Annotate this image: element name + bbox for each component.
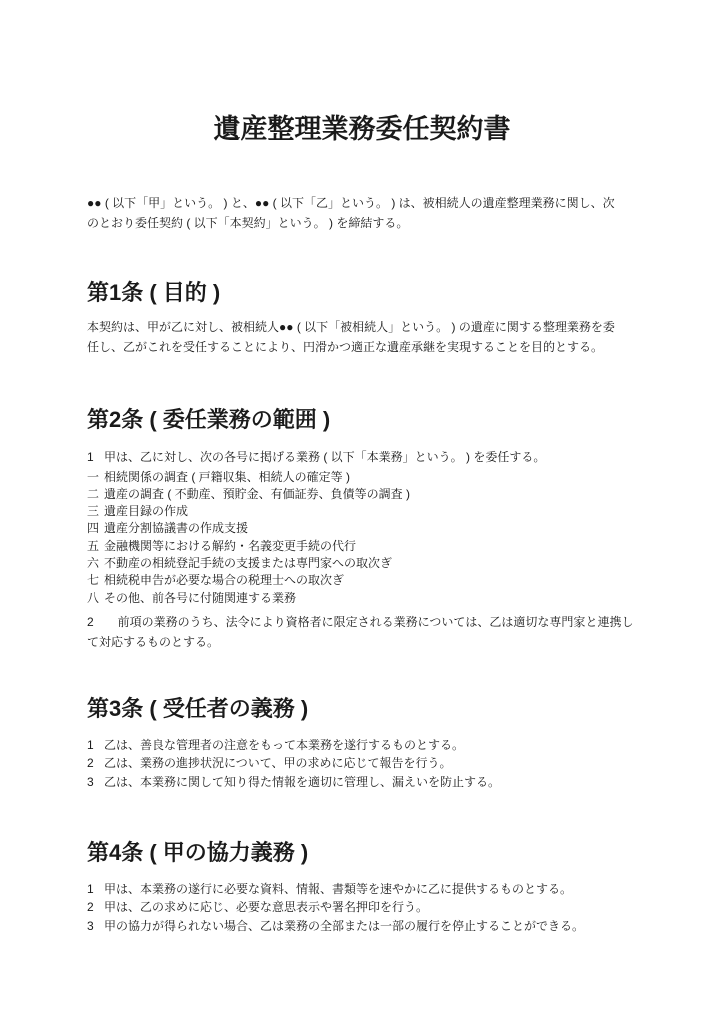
list-item-text: 乙は、本業務に関して知り得た情報を適切に管理し、漏えいを防止する。 — [104, 773, 500, 792]
list-item-text: 金融機関等における解約・名義変更手続の代行 — [104, 538, 356, 555]
list-item-text: 遺産の調査 ( 不動産、預貯金、有価証券、負債等の調査 ) — [104, 486, 410, 503]
list-item-marker: 七 — [87, 572, 104, 589]
list-item-marker: 六 — [87, 555, 104, 572]
list-item: 四 遺産分割協議書の作成支援 — [87, 520, 637, 537]
list-item-marker: 2 — [87, 898, 104, 917]
list-item-text: 甲は、本業務の遂行に必要な資料、情報、書類等を速やかに乙に提供するものとする。 — [104, 880, 572, 899]
list-item-text: 遺産目録の作成 — [104, 503, 188, 520]
contract-document-page: 遺産整理業務委任契約書 ●● ( 以下「甲」という。 ) と、●● ( 以下「乙… — [0, 0, 724, 1024]
list-item: 二 遺産の調査 ( 不動産、預貯金、有価証券、負債等の調査 ) — [87, 486, 637, 503]
list-item-text: 甲は、乙の求めに応じ、必要な意思表示や署名押印を行う。 — [104, 898, 428, 917]
article-3-heading: 第3条 ( 受任者の義務 ) — [87, 696, 637, 722]
list-item: 1 甲は、乙に対し、次の各号に掲げる業務 ( 以下「本業務」という。 ) を委任… — [87, 448, 637, 467]
document-title: 遺産整理業務委任契約書 — [87, 113, 637, 146]
list-item-marker: 1 — [87, 880, 104, 899]
article-2-heading: 第2条 ( 委任業務の範囲 ) — [87, 407, 637, 433]
list-item-marker: 四 — [87, 520, 104, 537]
list-item: 3 乙は、本業務に関して知り得た情報を適切に管理し、漏えいを防止する。 — [87, 773, 637, 792]
list-item-marker: 二 — [87, 486, 104, 503]
list-item: 1 乙は、善良な管理者の注意をもって本業務を遂行するものとする。 — [87, 736, 637, 755]
list-item: 八 その他、前各号に付随関連する業務 — [87, 590, 637, 607]
article-4-heading: 第4条 ( 甲の協力義務 ) — [87, 840, 637, 866]
article-3-trustee-obligations: 第3条 ( 受任者の義務 ) 1 乙は、善良な管理者の注意をもって本業務を遂行す… — [87, 696, 637, 792]
article-3-clauses-list: 1 乙は、善良な管理者の注意をもって本業務を遂行するものとする。 2 乙は、業務… — [87, 736, 637, 792]
article-2-clause-2: 2 前項の業務のうち、法令により資格者に限定される業務については、乙は適切な専門… — [87, 612, 637, 652]
list-item-text: 甲の協力が得られない場合、乙は業務の全部または一部の履行を停止することができる。 — [104, 917, 584, 936]
list-item: 五 金融機関等における解約・名義変更手続の代行 — [87, 538, 637, 555]
list-item-text: 相続関係の調査 ( 戸籍収集、相続人の確定等 ) — [104, 469, 350, 486]
list-item: 三 遺産目録の作成 — [87, 503, 637, 520]
list-item: 七 相続税申告が必要な場合の税理士への取次ぎ — [87, 572, 637, 589]
list-item: 六 不動産の相続登記手続の支援または専門家への取次ぎ — [87, 555, 637, 572]
article-2-clause-1: 1 甲は、乙に対し、次の各号に掲げる業務 ( 以下「本業務」という。 ) を委任… — [87, 448, 637, 467]
list-item-marker: 3 — [87, 917, 104, 936]
list-item-marker: 1 — [87, 448, 104, 467]
list-item-marker: 3 — [87, 773, 104, 792]
article-4-clauses-list: 1 甲は、本業務の遂行に必要な資料、情報、書類等を速やかに乙に提供するものとする… — [87, 880, 637, 936]
list-item-text: 甲は、乙に対し、次の各号に掲げる業務 ( 以下「本業務」という。 ) を委任する… — [104, 448, 545, 467]
list-item-text: 不動産の相続登記手続の支援または専門家への取次ぎ — [104, 555, 392, 572]
list-item-marker: 三 — [87, 503, 104, 520]
article-4-client-cooperation: 第4条 ( 甲の協力義務 ) 1 甲は、本業務の遂行に必要な資料、情報、書類等を… — [87, 840, 637, 936]
list-item: 3 甲の協力が得られない場合、乙は業務の全部または一部の履行を停止することができ… — [87, 917, 637, 936]
article-1-body: 本契約は、甲が乙に対し、被相続人●● ( 以下「被相続人」という。 ) の遺産に… — [87, 317, 637, 357]
article-2-scope-of-services: 第2条 ( 委任業務の範囲 ) 1 甲は、乙に対し、次の各号に掲げる業務 ( 以… — [87, 407, 637, 652]
article-2-enumerated-services-list: 一 相続関係の調査 ( 戸籍収集、相続人の確定等 ) 二 遺産の調査 ( 不動産… — [87, 469, 637, 607]
list-item-marker: 1 — [87, 736, 104, 755]
list-item-text: 相続税申告が必要な場合の税理士への取次ぎ — [104, 572, 344, 589]
list-item-marker: 五 — [87, 538, 104, 555]
intro-paragraph: ●● ( 以下「甲」という。 ) と、●● ( 以下「乙」という。 ) は、被相… — [87, 193, 637, 233]
list-item-marker: 八 — [87, 590, 104, 607]
list-item: 1 甲は、本業務の遂行に必要な資料、情報、書類等を速やかに乙に提供するものとする… — [87, 880, 637, 899]
article-1-heading: 第1条 ( 目的 ) — [87, 280, 637, 306]
list-item: 2 乙は、業務の進捗状況について、甲の求めに応じて報告を行う。 — [87, 754, 637, 773]
list-item-text: 乙は、業務の進捗状況について、甲の求めに応じて報告を行う。 — [104, 754, 452, 773]
list-item-marker: 一 — [87, 469, 104, 486]
article-1-purpose: 第1条 ( 目的 ) 本契約は、甲が乙に対し、被相続人●● ( 以下「被相続人」… — [87, 280, 637, 357]
list-item-marker: 2 — [87, 754, 104, 773]
list-item-text: その他、前各号に付随関連する業務 — [104, 590, 296, 607]
list-item: 2 甲は、乙の求めに応じ、必要な意思表示や署名押印を行う。 — [87, 898, 637, 917]
list-item-text: 遺産分割協議書の作成支援 — [104, 520, 248, 537]
list-item-text: 乙は、善良な管理者の注意をもって本業務を遂行するものとする。 — [104, 736, 464, 755]
list-item: 一 相続関係の調査 ( 戸籍収集、相続人の確定等 ) — [87, 469, 637, 486]
